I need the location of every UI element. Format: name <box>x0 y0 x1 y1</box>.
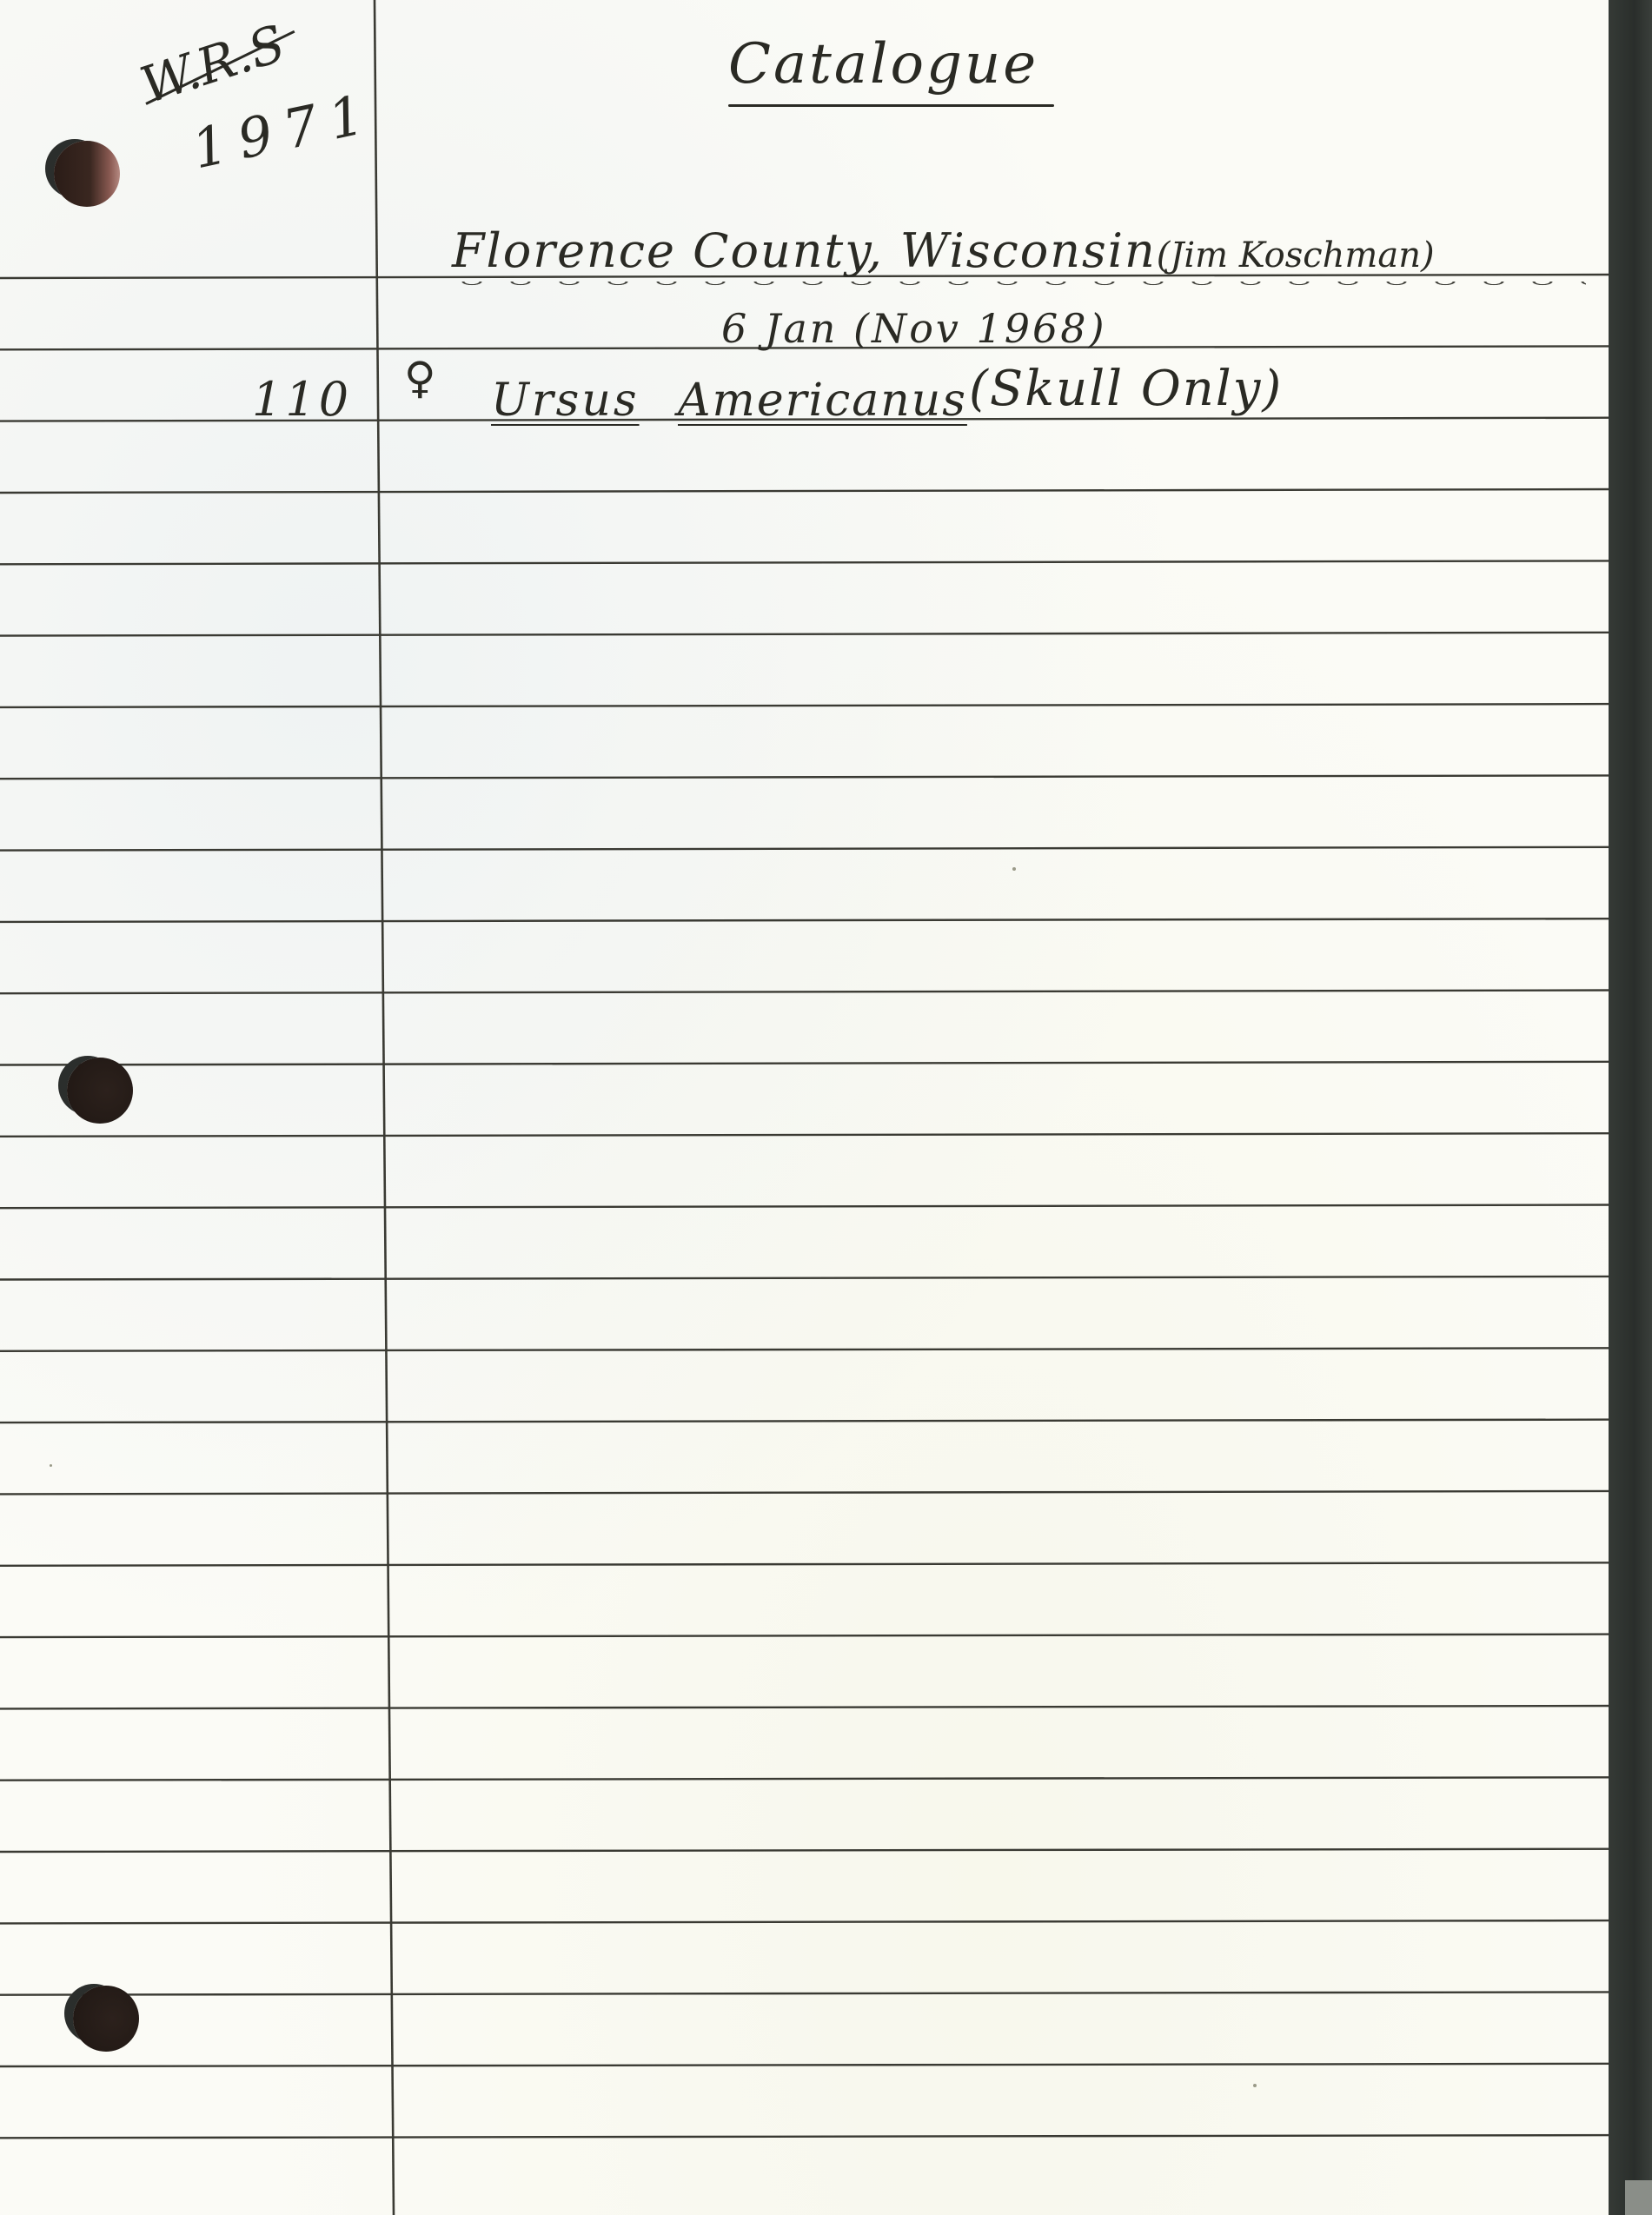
locality-wavy-underline <box>448 282 1586 294</box>
locality-place: Florence County, Wisconsin <box>452 223 1157 278</box>
female-symbol-icon: ♀ <box>404 356 436 400</box>
punch-hole-top <box>54 141 120 207</box>
locality-collector: (Jim Koschman) <box>1157 235 1435 275</box>
scanner-background-edge <box>1609 0 1652 2215</box>
locality-header: Florence County, Wisconsin(Jim Koschman) <box>452 228 1435 275</box>
punch-hole-middle <box>67 1058 133 1124</box>
title-underline <box>728 104 1054 107</box>
page-title: Catalogue <box>728 36 1038 92</box>
punch-hole-bottom <box>73 1986 139 2052</box>
entry-species: Americanus <box>678 378 967 423</box>
date-line: 6 Jan (Nov 1968) <box>721 308 1107 348</box>
entry-note: (Skull Only) <box>969 365 1283 414</box>
entry-genus: Ursus <box>491 378 640 423</box>
paper-speck <box>50 1464 52 1467</box>
entry-number: 110 <box>252 376 352 423</box>
scanner-background-corner <box>1625 2180 1652 2215</box>
catalogue-page: W.R.S 1971 Catalogue Florence County, Wi… <box>0 0 1652 2215</box>
paper-speck <box>1253 2084 1257 2087</box>
paper-speck <box>1012 867 1016 871</box>
